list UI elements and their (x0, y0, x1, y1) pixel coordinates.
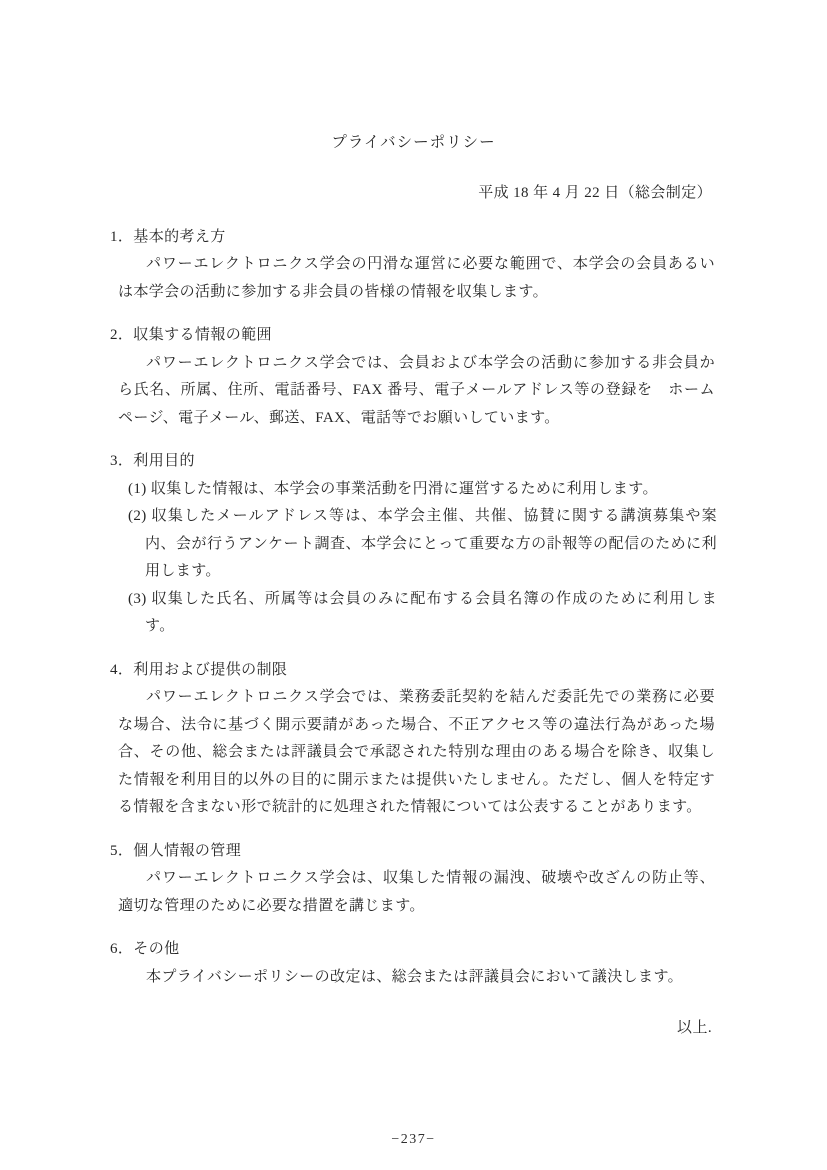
section-other: 6．その他 本プライバシーポリシーの改定は、総会または評議員会において議決します… (0, 936, 827, 991)
list-item: (1) 収集した情報は、本学会の事業活動を円滑に運営するために利用します。 (145, 476, 717, 504)
section-use-and-disclosure-limits: 4．利用および提供の制限 パワーエレクトロニクス学会では、業務委託契約を結んだ委… (0, 657, 827, 822)
list-item: (2) 収集したメールアドレス等は、本学会主催、共催、協賛に関する講演募集や案内… (145, 503, 717, 586)
section-heading: 4．利用および提供の制限 (110, 657, 715, 685)
section-paragraph: パワーエレクトロニクス学会では、業務委託契約を結んだ委託先での業務に必要な場合、… (118, 684, 715, 822)
section-heading: 1．基本的考え方 (110, 224, 715, 252)
section-basic-policy: 1．基本的考え方 パワーエレクトロニクス学会の円滑な運営に必要な範囲で、本学会の… (0, 224, 827, 307)
section-heading: 6．その他 (110, 936, 715, 964)
section-personal-info-management: 5．個人情報の管理 パワーエレクトロニクス学会は、収集した情報の漏洩、破壊や改ざ… (0, 838, 827, 921)
document-page: プライバシーポリシー 平成 18 年 4 月 22 日（総会制定） 1．基本的考… (0, 0, 827, 1170)
closing-statement: 以上. (0, 1015, 827, 1043)
section-heading: 5．個人情報の管理 (110, 838, 715, 866)
enactment-date: 平成 18 年 4 月 22 日（総会制定） (0, 180, 827, 208)
list-item: (3) 収集した氏名、所属等は会員のみに配布する会員名簿の作成のために利用します… (145, 586, 717, 641)
section-purpose-of-use: 3．利用目的 (1) 収集した情報は、本学会の事業活動を円滑に運営するために利用… (0, 448, 827, 641)
section-heading: 3．利用目的 (110, 448, 715, 476)
page-number: −237− (0, 1126, 827, 1154)
section-paragraph: パワーエレクトロニクス学会の円滑な運営に必要な範囲で、本学会の会員あるいは本学会… (118, 251, 715, 306)
section-paragraph: パワーエレクトロニクス学会は、収集した情報の漏洩、破壊や改ざんの防止等、適切な管… (118, 865, 715, 920)
document-title: プライバシーポリシー (0, 130, 827, 156)
section-paragraph: 本プライバシーポリシーの改定は、総会または評議員会において議決します。 (118, 964, 715, 992)
section-heading: 2．収集する情報の範囲 (110, 322, 715, 350)
section-information-scope: 2．収集する情報の範囲 パワーエレクトロニクス学会では、会員および本学会の活動に… (0, 322, 827, 432)
section-paragraph: パワーエレクトロニクス学会では、会員および本学会の活動に参加する非会員から氏名、… (118, 350, 715, 433)
